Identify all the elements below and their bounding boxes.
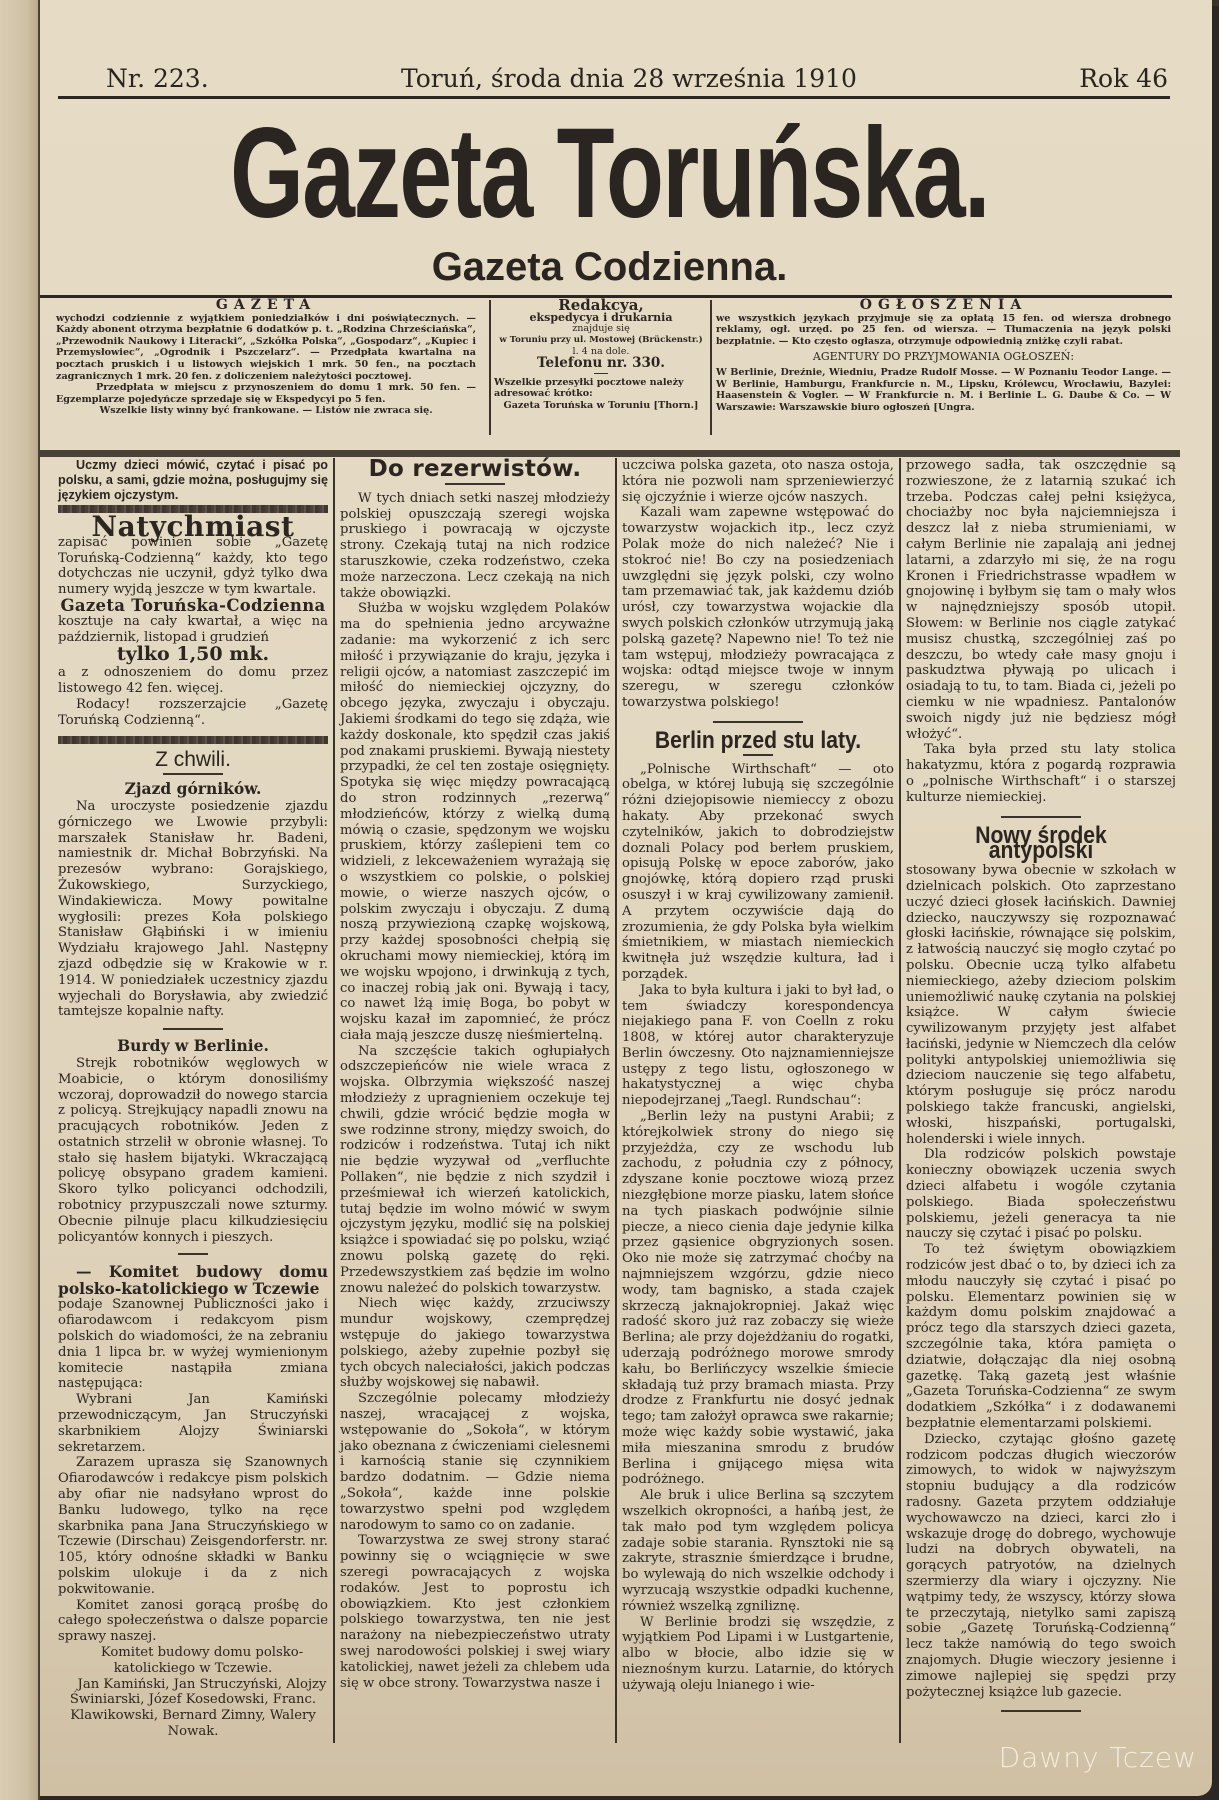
column-rule [899,458,901,1743]
info-divider [710,300,712,435]
section-z-chwili: Z chwili. [58,752,328,768]
short-rule [163,1028,223,1030]
info-redakcya-note: Wszelkie przesyłki pocztowe należy adres… [494,377,708,400]
short-rule [1001,816,1081,818]
dateline-rule [58,96,1170,99]
top-band-bar [40,450,1180,457]
info-redakcya-line1: znajduje się [494,323,708,335]
rezerwistow-p2: Służba w wojsku względem Polaków ma do s… [340,601,610,1043]
info-ogloszenia-text: we wszystkich językach przyjmuje się za … [716,313,1171,348]
zjazd-text: Na uroczyste posiedzenie zjazdu górnicze… [58,799,328,1020]
natychmiast-name: Gazeta Toruńska-Codzienna [58,598,328,614]
motto: Uczmy dzieci mówić, czytać i pisać po po… [58,458,328,503]
nowy-srodek-p2: Dla rodziców polskich powstaje konieczny… [906,1147,1176,1242]
rezerwistow-cont-p2: Kazali wam zapewne wstępować do towarzys… [622,505,894,710]
berlin-p2: Jaka to była kultura i jaki to był ład, … [622,983,894,1109]
column-3: uczciwa polska gazeta, oto nasza ostoja,… [622,458,894,1694]
info-redakcya-address: Gazeta Toruńska w Toruniu [Thorn.] [494,400,708,412]
column-1: Uczmy dzieci mówić, czytać i pisać po po… [58,458,328,1740]
short-rule [445,483,505,485]
komitet-p2: Wybrani Jan Kamiński przewodniczącym, Ja… [58,1392,328,1455]
berlin-cont-p1: przowego sadła, tak oszczędnie są rozwie… [906,458,1176,742]
natychmiast-cost: kosztuje na cały kwartał, a więc na paźd… [58,614,328,646]
burdy-text: Strejk robotników węglowych w Moabicie, … [58,1056,328,1246]
rezerwistow-p3: Na szczęście takich ogłupiałych odszczep… [340,1044,610,1297]
burdy-heading: Burdy w Berlinie. [58,1038,328,1054]
berlin-cont-p2: Taka była przed stu laty stolica hakatyz… [906,742,1176,805]
column-rule [615,458,617,1743]
short-rule [713,721,803,723]
info-ogloszenia-heading: OGŁOSZENIA [716,300,1171,312]
berlin-p1: „Polnische Wirthschaft“ — oto obelga, w … [622,762,894,983]
komitet-lead: — Komitet budowy domu polsko-katolickieg… [58,1263,328,1297]
issue-date: Toruń, środa dnia 28 września 1910 [401,64,857,93]
natychmiast-text: zapisać powinien sobie „Gazetę Toruńską-… [58,535,328,598]
natychmiast-price: tylko 1,50 mk. [58,647,328,663]
nowy-srodek-p3: To też świętym obowiązkiem rodziców jest… [906,1242,1176,1432]
berlin-p3: „Berlin leży na pustyni Arabii; z której… [622,1109,894,1488]
natychmiast-delivery: a z odnoszeniem do domu przez listowego … [58,665,328,697]
info-short-rule [594,373,608,374]
rezerwistow-p6: Towarzystwa ze swej strony starać powinn… [340,1533,610,1691]
rezerwistow-heading: Do rezerwistów. [340,462,610,478]
rezerwistow-p5: Szczególnie polecamy młodzieży naszej, w… [340,1391,610,1533]
rezerwistow-cont-p1: uczciwa polska gazeta, oto nasza ostoja,… [622,458,894,505]
natychmiast-heading: Natychmiast [58,519,328,535]
short-rule [178,1253,208,1255]
info-gazeta-text2: Przedpłata w miejscu z przynoszeniem do … [56,382,476,405]
info-redakcya-phone: Telefonu nr. 330. [494,358,708,370]
volume-year: Rok 46 [1079,64,1168,93]
berlin-p5: W Berlinie brodzi się wszędzie, z wyjątk… [622,1615,894,1694]
column-2: Do rezerwistów. W tych dniach setki nasz… [340,458,610,1691]
info-redakcya: Redakcya, ekspedycya i drukarnia znajduj… [494,300,708,411]
berlin-heading: Berlin przed stu laty. [638,733,877,749]
column-rule [333,458,335,1743]
decorative-bar [58,736,328,744]
info-redakcya-line2: w Toruniu przy ul. Mostowej (Brückenstr.… [494,335,708,347]
komitet-text: podaje Szanownej Publiczności jako i ofi… [58,1297,328,1392]
info-divider [489,300,491,435]
komitet-p3: Zarazem uprasza się Szanownych Ofiarodaw… [58,1455,328,1597]
komitet-sign1: Komitet budowy domu polsko-katolickiego … [58,1645,328,1677]
info-ogloszenia: OGŁOSZENIA we wszystkich językach przyjm… [716,300,1171,413]
info-gazeta-text3: Wszelkie listy winny być frankowane. — L… [56,405,476,417]
info-gazeta-heading: GAZETA [56,300,476,312]
info-agencies-text: W Berlinie, Dreźnie, Wiedniu, Pradze Rud… [716,367,1171,413]
info-redakcya-heading: Redakcya, [494,300,708,312]
info-gazeta-text: wychodzi codziennie z wyjątkiem poniedzi… [56,313,476,383]
rezerwistow-p1: W tych dniach setki naszej młodzieży pol… [340,491,610,602]
komitet-sign2: Jan Kamiński, Jan Struczyński, Alojzy Św… [58,1677,328,1740]
komitet-p4: Komitet zanosi gorącą prośbę do całego s… [58,1598,328,1645]
dateline: Nr. 223. Toruń, środa dnia 28 września 1… [66,64,1178,96]
berlin-p4: Ale bruk i ulice Berlina są szczytem wsz… [622,1488,894,1614]
zjazd-heading: Zjazd górników. [58,781,328,797]
short-rule [1001,1710,1081,1712]
info-redakcya-sub: ekspedycya i drukarnia [494,312,708,324]
column-4: przowego sadła, tak oszczędnie są rozwie… [906,458,1176,1722]
masthead-title: Gazeta Toruńska. [158,110,1060,238]
nowy-srodek-p4: Dziecko, czytając głośno gazetę rodzicom… [906,1432,1176,1701]
masthead-subtitle: Gazeta Codzienna. [0,245,1219,290]
nowy-srodek-heading: Nowy środek antypolski [922,828,1160,860]
issue-number: Nr. 223. [106,64,209,93]
info-gazeta: GAZETA wychodzi codziennie z wyjątkiem p… [56,300,476,417]
rezerwistow-p4: Niech więc każdy, zrzuciwszy mundur wojs… [340,1296,610,1391]
info-agencies-heading: AGENTURY DO PRZYJMOWANIA OGŁOSZEŃ: [716,351,1171,363]
watermark: Dawny Tczew [999,1741,1197,1774]
natychmiast-appeal: Rodacy! rozszerzajcie „Gazetę Toruńską C… [58,697,328,729]
nowy-srodek-p1: stosowany bywa obecnie w szkołach w dzie… [906,863,1176,1147]
short-rule [163,773,223,775]
short-rule [743,754,773,756]
